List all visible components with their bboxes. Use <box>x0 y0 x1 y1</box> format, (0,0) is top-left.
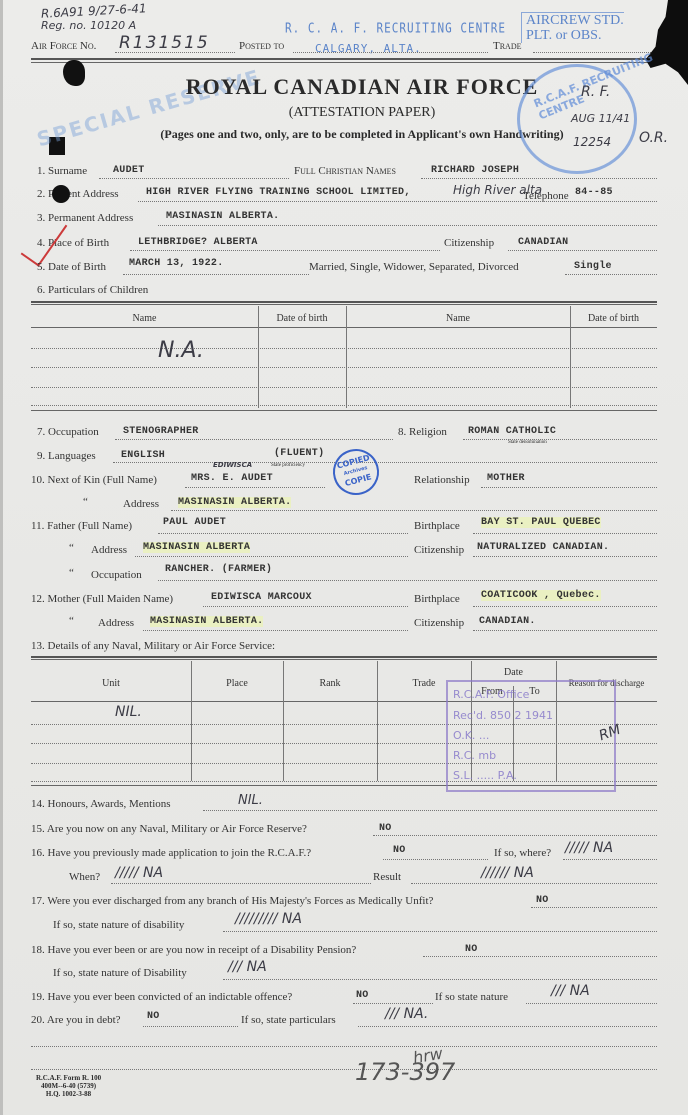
table-top-rule <box>31 659 657 660</box>
languages-proficiency-value: (FLUENT) <box>274 448 324 459</box>
stamp-date: AUG 11/41 <box>571 112 630 125</box>
stamp-number: 12254 <box>573 135 611 149</box>
aircrew-stamp: AIRCREW STD. PLT. or OBS. <box>521 12 624 43</box>
rcaf-office-stamp-text: R.C.A.F. Office Rec'd. 850 2 1941 O.K. .… <box>453 684 553 786</box>
trade-label: Trade <box>493 40 522 52</box>
religion-subnote: State denomination <box>508 440 547 445</box>
debt-particulars-label: If so, state particulars <box>241 1014 336 1026</box>
present-address-value: HIGH RIVER FLYING TRAINING SCHOOL LIMITE… <box>146 187 411 198</box>
citizenship-label: Citizenship <box>444 237 494 249</box>
dotted-line <box>411 883 657 884</box>
q15-label: 15. Are you now on any Naval, Military o… <box>31 823 307 835</box>
dotted-line <box>138 201 657 202</box>
languages-subnote: State proficiency <box>271 463 305 468</box>
service-hand-value: NIL. <box>115 704 142 720</box>
dotted-line <box>31 1069 657 1070</box>
next-of-kin-value: MRS. E. AUDET <box>191 473 273 484</box>
relationship-label: Relationship <box>414 474 470 486</box>
dotted-line <box>143 1026 238 1027</box>
dotted-line <box>158 225 657 226</box>
table-row-line <box>31 348 657 349</box>
disability-nature-label: If so, state nature of disability <box>53 919 184 931</box>
table-bottom-rule <box>31 410 657 411</box>
q10-label: 10. Next of Kin (Full Name) <box>31 474 157 486</box>
dotted-line <box>31 1046 657 1047</box>
father-address-value: MASINASIN ALBERTA <box>143 542 250 553</box>
father-occupation-value: RANCHER. (FARMER) <box>165 564 272 575</box>
debt-particulars-value: /// NA. <box>385 1006 428 1022</box>
father-name-value: PAUL AUDET <box>163 517 226 528</box>
table-top-rule <box>31 656 657 658</box>
header-hand-note-1: R.6A91 9/27-6-41 <box>41 1 147 21</box>
next-of-kin-address-value: MASINASIN ALBERTA. <box>178 497 291 508</box>
disability-pension-value: NO <box>465 944 478 955</box>
table-row-line <box>31 405 657 406</box>
dotted-line <box>130 250 440 251</box>
attestation-paper: R.6A91 9/27-6-41 Reg. no. 10120 A Air Fo… <box>0 0 688 1115</box>
dotted-line <box>185 487 325 488</box>
posted-to-stamp-line1: R. C. A. F. RECRUITING CENTRE <box>285 21 506 37</box>
header-rule <box>31 62 661 63</box>
christian-names-value: RICHARD JOSEPH <box>431 165 519 176</box>
table-column-divider <box>258 306 259 408</box>
medically-unfit-value: NO <box>536 895 549 906</box>
offence-nature-value: /// NA <box>551 983 590 999</box>
telephone-value: 84--85 <box>575 187 613 198</box>
father-citizenship-label: Citizenship <box>414 544 464 556</box>
header-hand-note-2: Reg. no. 10120 A <box>41 19 136 32</box>
children-hand-value: N.A. <box>158 338 204 363</box>
q13-label: 13. Details of any Naval, Military or Ai… <box>31 640 275 652</box>
stamp-hand-note: R. F. <box>581 84 610 100</box>
dotted-line <box>171 510 657 511</box>
posted-to-stamp-line2: CALGARY, ALTA. <box>315 42 422 55</box>
christian-names-label: Full Christian Names <box>294 165 396 177</box>
mother-address-value: MASINASIN ALBERTA. <box>150 616 263 627</box>
dotted-line <box>421 178 657 179</box>
q12-label: 12. Mother (Full Maiden Name) <box>31 593 173 605</box>
father-occupation-label: Occupation <box>91 569 142 581</box>
dotted-line <box>423 956 657 957</box>
q6-label: 6. Particulars of Children <box>37 284 148 296</box>
dotted-line <box>533 52 653 53</box>
form-number: R.C.A.F. Form R. 100 <box>36 1074 101 1082</box>
dotted-line <box>115 52 235 53</box>
aircrew-stamp-line1: AIRCREW STD. <box>526 13 624 28</box>
dotted-line <box>143 630 408 631</box>
father-address-label: Address <box>91 544 127 556</box>
next-of-kin-address-label: Address <box>123 498 159 510</box>
mother-birthplace-value: COATICOOK , Quebec. <box>481 590 601 601</box>
header-rule <box>31 58 661 60</box>
if-so-where-value: ///// NA <box>565 840 613 856</box>
dotted-line <box>203 606 408 607</box>
posted-to-label: Posted to <box>239 40 284 52</box>
footer-file-number: 173-397 <box>355 1058 455 1086</box>
disability-nature-value: ///////// NA <box>235 911 302 927</box>
date-of-birth-value: MARCH 13, 1922. <box>129 258 224 269</box>
dotted-line <box>383 859 488 860</box>
father-citizenship-value: NATURALIZED CANADIAN. <box>477 542 609 553</box>
table-row-line <box>31 367 657 368</box>
rcaf-stamp-line4: R.C. mb <box>453 746 553 766</box>
service-col-rank: Rank <box>283 678 377 689</box>
father-birthplace-value: BAY ST. PAUL QUEBEC <box>481 517 601 528</box>
dotted-line <box>223 931 657 932</box>
dotted-line <box>223 979 657 980</box>
form-hq-ref: H.Q. 1002-3-88 <box>36 1090 101 1098</box>
result-value: ////// NA <box>481 865 534 881</box>
stamp-side-note: O.R. <box>639 130 668 146</box>
air-force-no-label: Air Force No. <box>31 40 96 52</box>
q18-label: 18. Have you ever been or are you now in… <box>31 944 356 956</box>
q11-label: 11. Father (Full Name) <box>31 520 132 532</box>
mother-address-label: Address <box>98 617 134 629</box>
religion-value: ROMAN CATHOLIC <box>468 426 556 437</box>
table-top-rule <box>31 304 657 305</box>
dotted-line <box>473 556 657 557</box>
copied-archives-stamp: COPIED Archives COPIE <box>328 444 384 500</box>
when-value: ///// NA <box>115 865 163 881</box>
dotted-line <box>473 630 657 631</box>
q9-label: 9. Languages <box>37 450 96 462</box>
rcaf-stamp-line2: Rec'd. 850 2 1941 <box>453 706 553 726</box>
marital-status-value: Single <box>574 261 612 272</box>
table-column-divider <box>346 306 347 408</box>
dotted-line <box>358 1026 657 1027</box>
rcaf-stamp-line5: S.L. ..... P.A. <box>453 766 553 786</box>
dotted-line <box>481 487 657 488</box>
form-print-run: 400M--6-40 (5739) <box>36 1082 101 1090</box>
dotted-line <box>373 835 657 836</box>
q1-label: 1. Surname <box>37 165 87 177</box>
ditto-mark: “ <box>69 567 74 579</box>
dotted-line <box>158 533 408 534</box>
dotted-line <box>111 883 371 884</box>
children-col-dob: Date of birth <box>258 313 346 324</box>
children-col-name-2: Name <box>346 313 570 324</box>
rcaf-stamp-line3: O.K. ... <box>453 726 553 746</box>
dotted-line <box>99 178 289 179</box>
languages-value: ENGLISH <box>121 450 165 461</box>
table-row-line <box>31 387 657 388</box>
dotted-line <box>115 439 393 440</box>
form-number-block: R.C.A.F. Form R. 100 400M--6-40 (5739) H… <box>36 1074 101 1098</box>
table-top-rule <box>31 301 657 303</box>
q14-label: 14. Honours, Awards, Mentions <box>31 798 171 810</box>
q20-label: 20. Are you in debt? <box>31 1014 121 1026</box>
dotted-line <box>203 810 657 811</box>
dotted-line <box>526 1003 657 1004</box>
relationship-value: MOTHER <box>487 473 525 484</box>
air-force-no-value: R131515 <box>119 33 210 53</box>
rcaf-stamp-line1: R.C.A.F. Office <box>453 684 553 706</box>
dotted-line <box>113 462 657 463</box>
honours-value: NIL. <box>238 793 263 808</box>
aircrew-stamp-line2: PLT. or OBS. <box>526 28 624 43</box>
dotted-line <box>123 274 309 275</box>
when-label: When? <box>69 871 100 883</box>
pension-disability-value: /// NA <box>228 959 267 975</box>
dotted-line <box>135 556 408 557</box>
mother-citizenship-value: CANADIAN. <box>479 616 536 627</box>
dotted-line <box>473 533 657 534</box>
dotted-line <box>565 274 657 275</box>
children-col-dob-2: Date of birth <box>570 313 657 324</box>
dotted-line <box>158 580 657 581</box>
if-so-where-label: If so, where? <box>494 847 551 859</box>
mother-citizenship-label: Citizenship <box>414 617 464 629</box>
occupation-value: STENOGRAPHER <box>123 426 199 437</box>
dotted-line <box>563 859 657 860</box>
punch-hole <box>52 185 70 203</box>
children-col-name: Name <box>31 313 258 324</box>
permanent-address-value: MASINASIN ALBERTA. <box>166 211 279 222</box>
ditto-mark: “ <box>69 615 74 627</box>
dotted-line <box>473 606 657 607</box>
table-header-rule <box>31 327 657 328</box>
service-col-place: Place <box>191 678 283 689</box>
mother-birthplace-label: Birthplace <box>414 593 460 605</box>
mother-name-value: EDIWISCA MARCOUX <box>211 592 312 603</box>
dotted-line <box>463 439 657 440</box>
q19-label: 19. Have you ever been convicted of an i… <box>31 991 292 1003</box>
service-col-date: Date <box>471 667 556 678</box>
service-col-unit: Unit <box>31 678 191 689</box>
offence-nature-label: If so state nature <box>435 991 508 1003</box>
reserve-value: NO <box>379 823 392 834</box>
result-label: Result <box>373 871 401 883</box>
citizenship-value: CANADIAN <box>518 237 568 248</box>
table-column-divider <box>570 306 571 408</box>
dotted-line <box>531 907 657 908</box>
q5-label: 5. Date of Birth <box>37 261 106 273</box>
dotted-line <box>293 52 488 53</box>
marital-status-label: Married, Single, Widower, Separated, Div… <box>309 261 519 273</box>
q8-label: 8. Religion <box>398 426 447 438</box>
pension-disability-label: If so, state nature of Disability <box>53 967 187 979</box>
surname-value: AUDET <box>113 165 145 176</box>
q2-label: 2. Present Address <box>37 188 119 200</box>
q16-label: 16. Have you previously made application… <box>31 847 311 859</box>
ditto-mark: “ <box>69 542 74 554</box>
place-of-birth-value: LETHBRIDGE? ALBERTA <box>138 237 258 248</box>
father-birthplace-label: Birthplace <box>414 520 460 532</box>
dotted-line <box>353 1003 433 1004</box>
previous-application-value: NO <box>393 845 406 856</box>
q7-label: 7. Occupation <box>37 426 99 438</box>
q17-label: 17. Were you ever discharged from any br… <box>31 895 433 907</box>
debt-value: NO <box>147 1011 160 1022</box>
ditto-mark: “ <box>83 496 88 508</box>
next-of-kin-hand: EDIWISCA <box>213 461 252 469</box>
convicted-value: NO <box>356 990 369 1001</box>
dotted-line <box>508 250 657 251</box>
